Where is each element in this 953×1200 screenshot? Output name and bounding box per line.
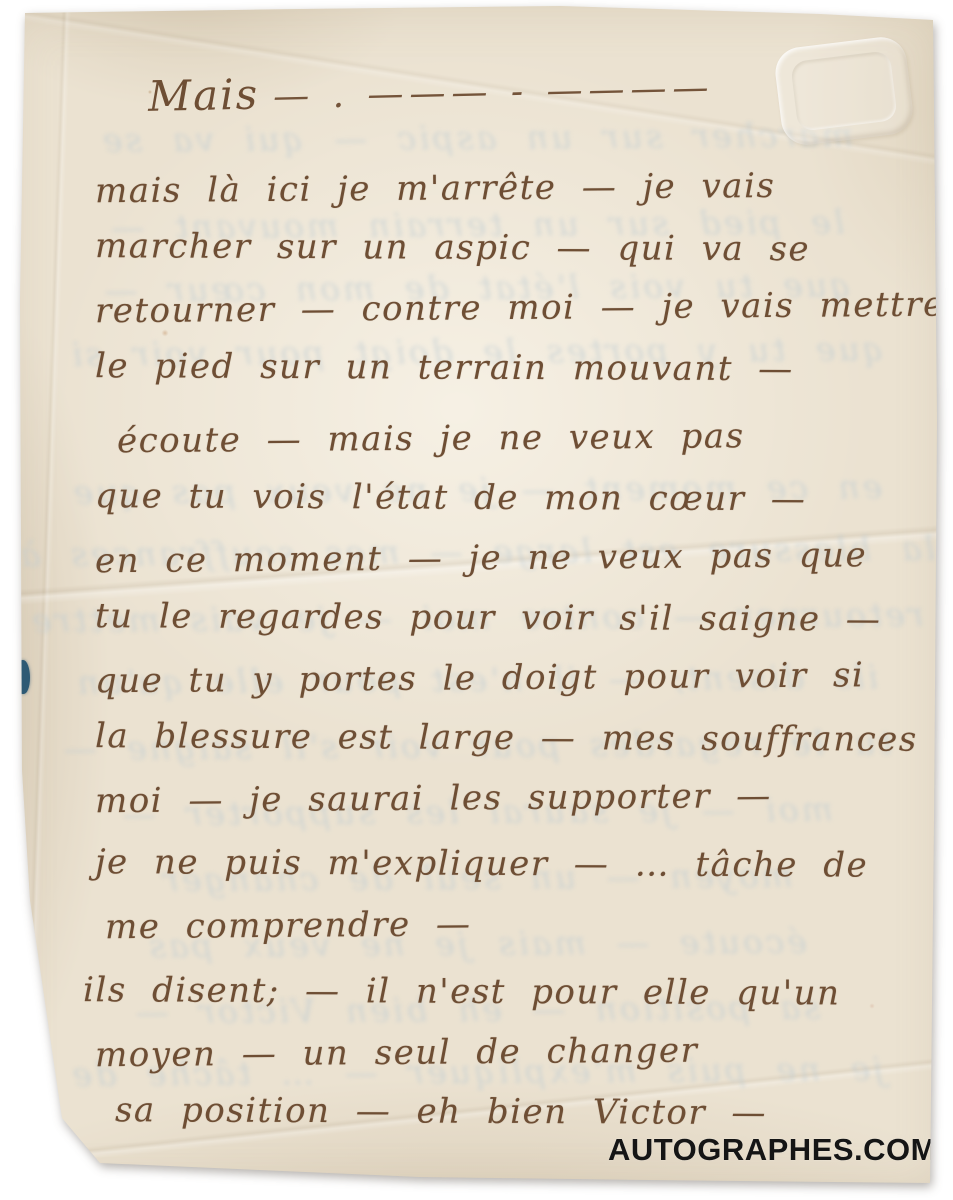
letter-line: ils disent; — il n'est pour elle qu'un <box>83 960 935 1024</box>
paper-shadow: marcher sur un aspic — qui va se le pied… <box>0 0 953 1200</box>
watermark-text: AUTOGRAPHES.COM <box>608 1132 937 1168</box>
letter-body: mais là ici je m'arrête — je vais marche… <box>95 158 935 1142</box>
letter-line: que tu y portes le doigt pour voir si <box>95 645 935 712</box>
blue-ink-mark <box>17 660 30 694</box>
letter-line: moyen — un seul de changer <box>95 1019 935 1086</box>
letter-line: mais là ici je m'arrête — je vais <box>95 155 935 222</box>
letter-line: en ce moment — je ne veux pas que <box>95 525 935 592</box>
scan-background: marcher sur un aspic — qui va se le pied… <box>0 0 953 1200</box>
letter-line: écoute — mais je ne veux pas <box>117 405 935 471</box>
letter-line: le pied sur un terrain mouvant — <box>95 336 935 400</box>
letter-page: marcher sur un aspic — qui va se le pied… <box>0 0 953 1200</box>
letter-heading: Mais— . ——— - ———— <box>148 60 715 121</box>
letter-line: que tu vois l'état de mon cœur — <box>95 466 935 530</box>
letter-line: je ne puis m'expliquer — … tâche de <box>95 832 935 896</box>
embossed-stamp-inner <box>790 50 898 132</box>
embossed-stamp <box>773 34 916 147</box>
letter-line: moi — je saurai les supporter — <box>95 765 935 832</box>
letter-line: marcher sur un aspic — qui va se <box>95 216 935 280</box>
heading-word: Mais <box>148 70 260 121</box>
letter-line: me comprendre — <box>105 891 935 958</box>
letter-line: la blessure est large — mes souffrances … <box>95 706 935 770</box>
heading-dashes: — . ——— - ———— <box>273 67 715 117</box>
letter-line: retourner — contre moi — je vais mettre <box>95 275 935 342</box>
letter-line: tu le regardes pour voir s'il saigne — <box>95 586 935 650</box>
